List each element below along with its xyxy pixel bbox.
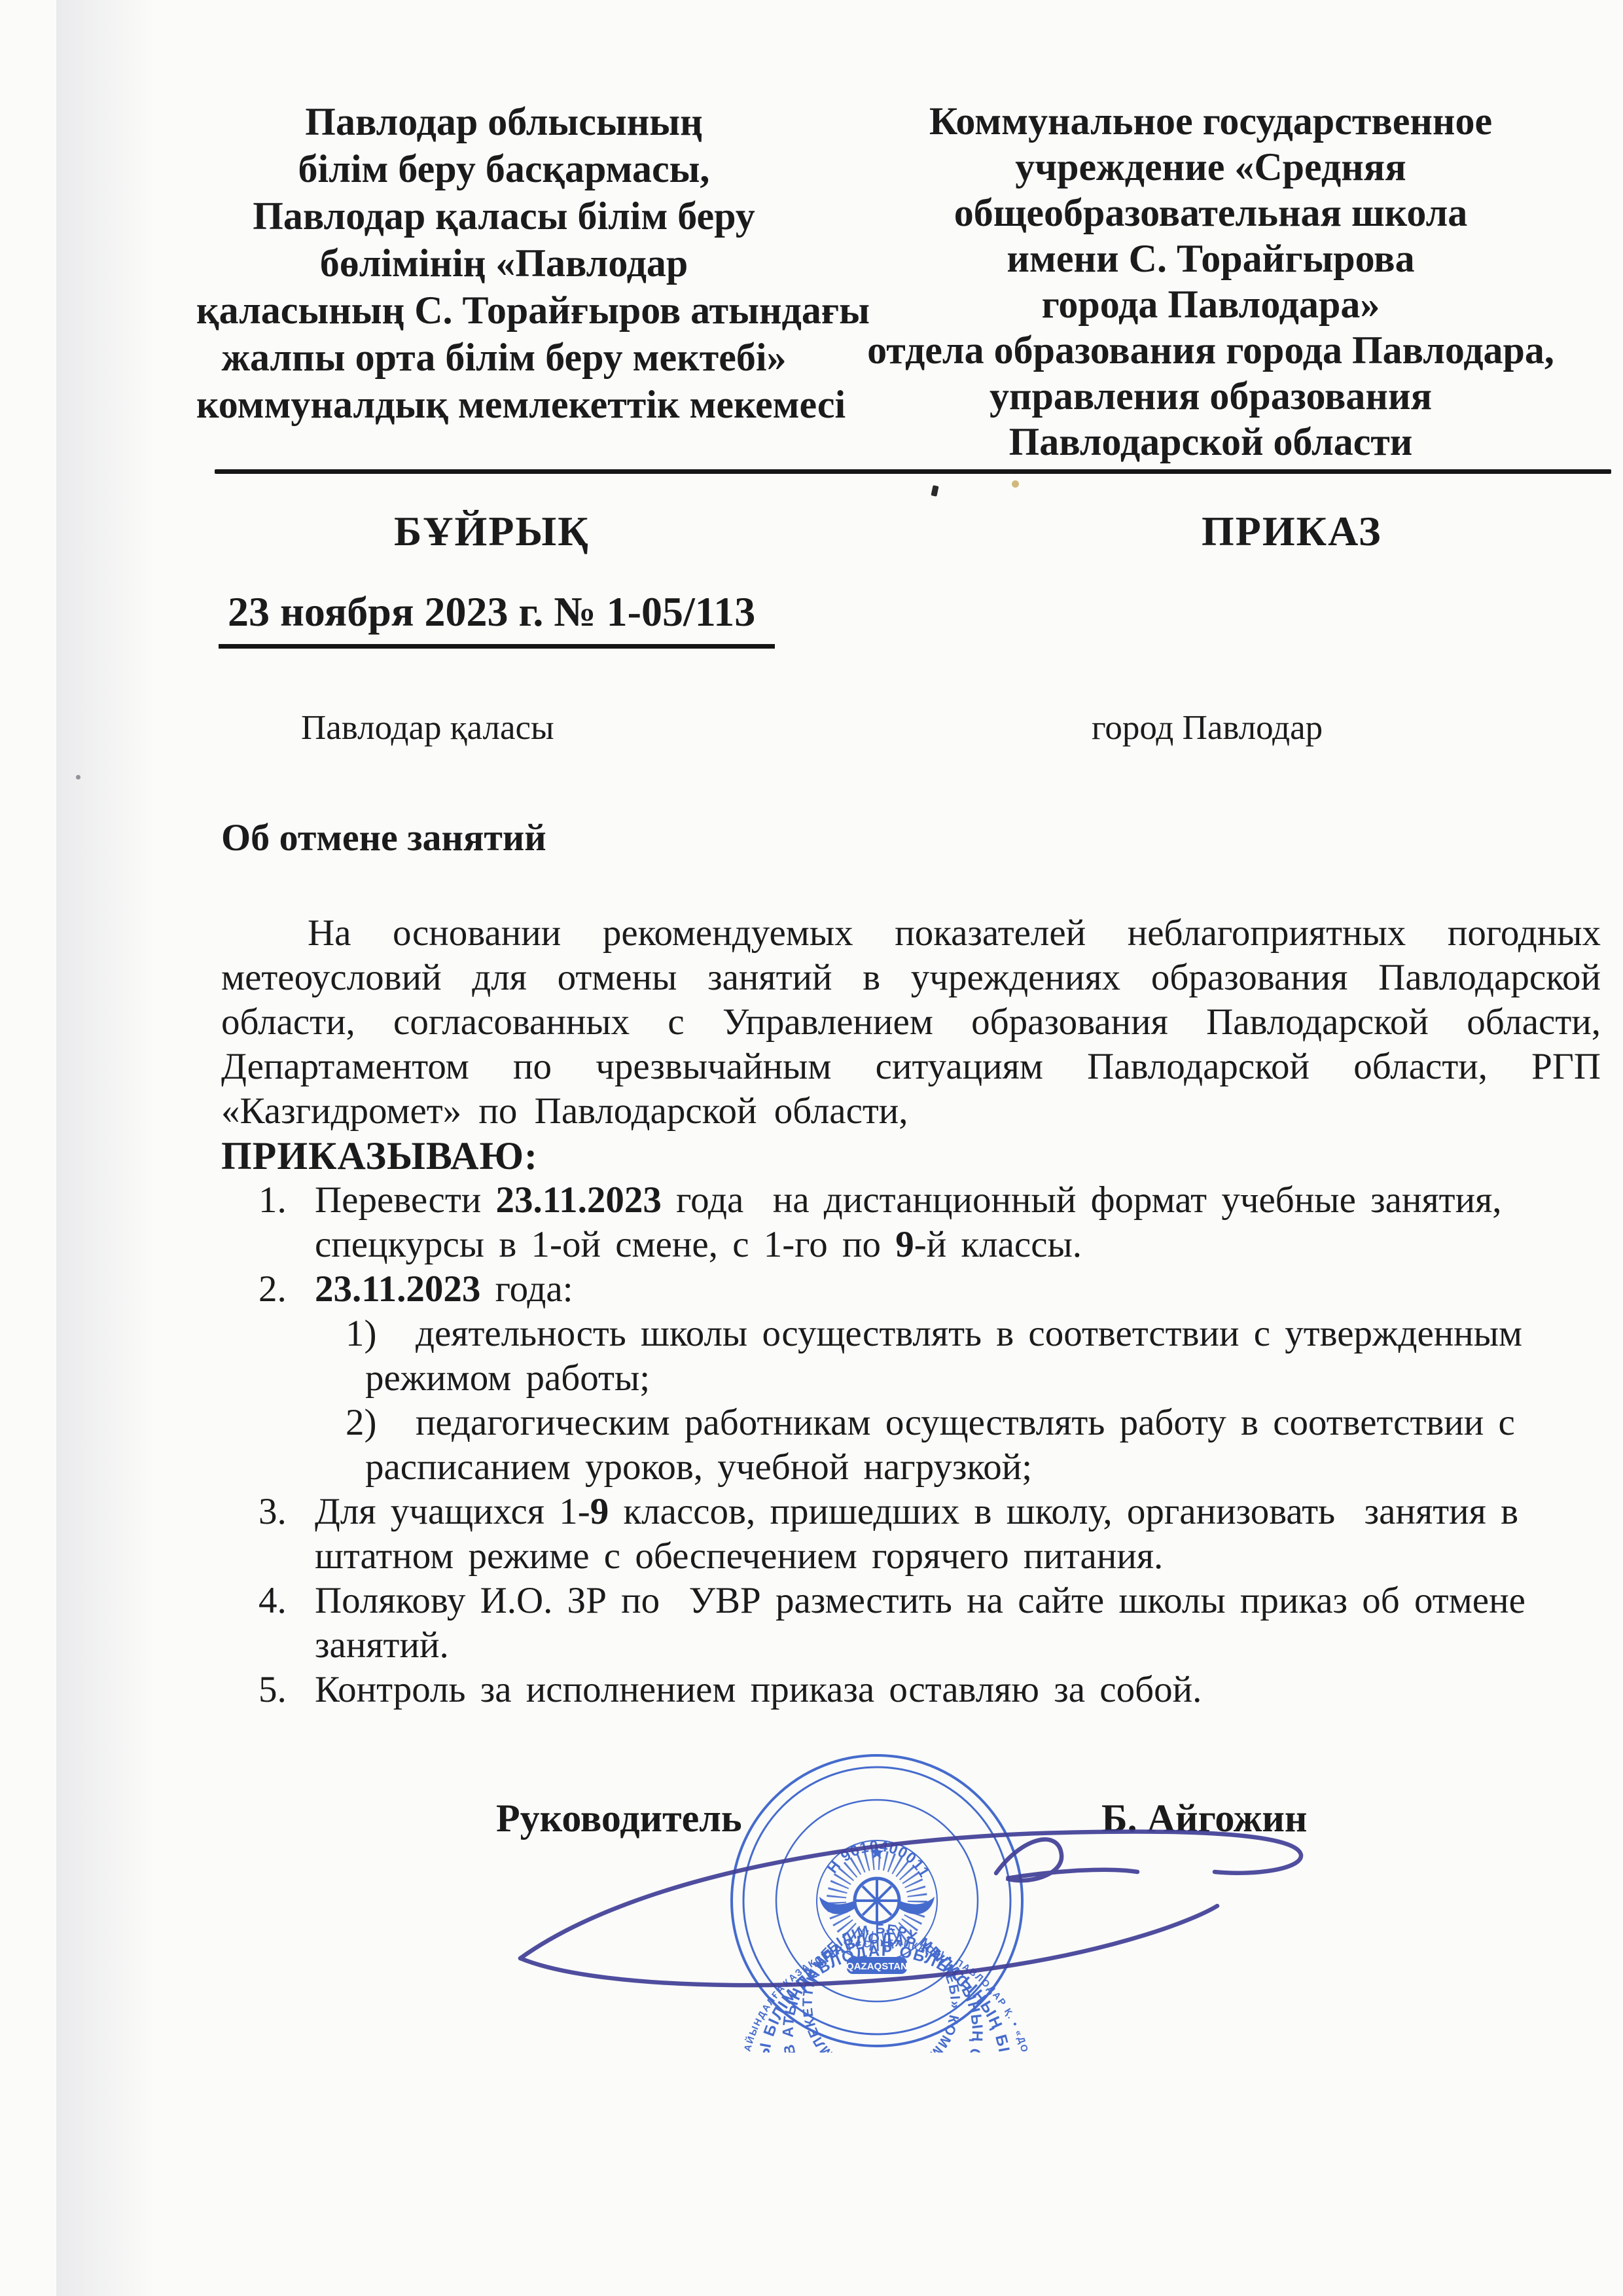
subitem-text: деятельность школы осуществлять в соотве… <box>365 1313 1522 1399</box>
item-text: 23.11.2023 года: <box>315 1268 573 1310</box>
scan-artifact <box>1012 480 1019 488</box>
item-text: Полякову И.О. ЗР по УВР разместить на са… <box>315 1580 1525 1666</box>
letterhead-kk-line: бөлімінің «Павлодар <box>196 240 811 287</box>
letterhead-ru-line: имени С. Торайгырова <box>844 236 1577 281</box>
scanner-edge-shadow <box>56 0 154 2296</box>
order-item-1: 1. Перевести 23.11.2023 года на дистанци… <box>221 1178 1601 1267</box>
order-item-5: 5. Контроль за исполнением приказа остав… <box>221 1668 1601 1712</box>
order-item-2: 2. 23.11.2023 года: <box>221 1267 1601 1312</box>
letterhead-kazakh: Павлодар облысының білім беру басқармасы… <box>196 98 811 428</box>
item-number: 4. <box>259 1579 287 1623</box>
subitem-number: 1) <box>346 1312 376 1356</box>
letterhead-kk-line: Павлодар облысының <box>196 98 811 145</box>
letterhead-divider-rule <box>215 469 1611 474</box>
item-text: Для учащихся 1-9 классов, пришедших в шк… <box>315 1491 1518 1577</box>
order-subject: Об отмене занятий <box>221 816 546 859</box>
item-number: 1. <box>259 1178 287 1223</box>
resolution-word: ПРИКАЗЫВАЮ: <box>221 1134 1601 1178</box>
subitem-text: педагогическим работникам осуществлять р… <box>365 1402 1515 1488</box>
handwritten-signature <box>471 1793 1335 1996</box>
order-word-kazakh: БҰЙРЫҚ <box>394 507 590 556</box>
letterhead-kk-line: Павлодар қаласы білім беру <box>196 192 811 240</box>
order-item-4: 4. Полякову И.О. ЗР по УВР разместить на… <box>221 1579 1601 1668</box>
letterhead-ru-line: города Павлодара» <box>844 281 1577 327</box>
letterhead-ru-line: общеобразовательная школа <box>844 190 1577 236</box>
preamble-paragraph: На основании рекомендуемых показателей н… <box>221 911 1601 1134</box>
item-number: 5. <box>259 1668 287 1712</box>
letterhead-ru-line: отдела образования города Павлодара, <box>844 327 1577 373</box>
order-word-russian: ПРИКАЗ <box>1202 507 1382 556</box>
scan-artifact <box>76 775 80 780</box>
item-text: Перевести 23.11.2023 года на дистанционн… <box>315 1179 1502 1265</box>
item-text: Контроль за исполнением приказа оставляю… <box>315 1669 1202 1710</box>
item-number: 3. <box>259 1490 287 1534</box>
letterhead-kk-line: білім беру басқармасы, <box>196 145 811 192</box>
order-date-number: 23 ноября 2023 г. № 1-05/113 <box>219 588 775 649</box>
letterhead-kk-line: коммуналдық мемлекеттік мекемесі <box>196 381 811 428</box>
letterhead-kk-line: қаласының С. Торайғыров атындағы <box>196 287 811 334</box>
place-kazakh: Павлодар қаласы <box>301 708 554 747</box>
item-number: 2. <box>259 1267 287 1312</box>
order-subitem-2: 2) педагогическим работникам осуществлят… <box>221 1401 1601 1490</box>
letterhead-ru-line: Коммунальное государственное <box>844 98 1577 144</box>
letterhead-kk-line: жалпы орта білім беру мектебі» <box>196 334 811 381</box>
letterhead-ru-line: управления образования <box>844 373 1577 419</box>
order-body: На основании рекомендуемых показателей н… <box>221 911 1601 1712</box>
scanned-order-page: { "page": { "background": "#fbfbf9", "in… <box>0 0 1623 2296</box>
letterhead-russian: Коммунальное государственное учреждение … <box>844 98 1577 465</box>
order-subitem-1: 1) деятельность школы осуществлять в соо… <box>221 1312 1601 1401</box>
place-russian: город Павлодар <box>1092 708 1323 747</box>
scan-artifact <box>931 485 938 497</box>
subitem-number: 2) <box>346 1401 376 1445</box>
order-item-3: 3. Для учащихся 1-9 классов, пришедших в… <box>221 1490 1601 1579</box>
letterhead-ru-line: Павлодарской области <box>844 419 1577 465</box>
letterhead-ru-line: учреждение «Средняя <box>844 144 1577 190</box>
